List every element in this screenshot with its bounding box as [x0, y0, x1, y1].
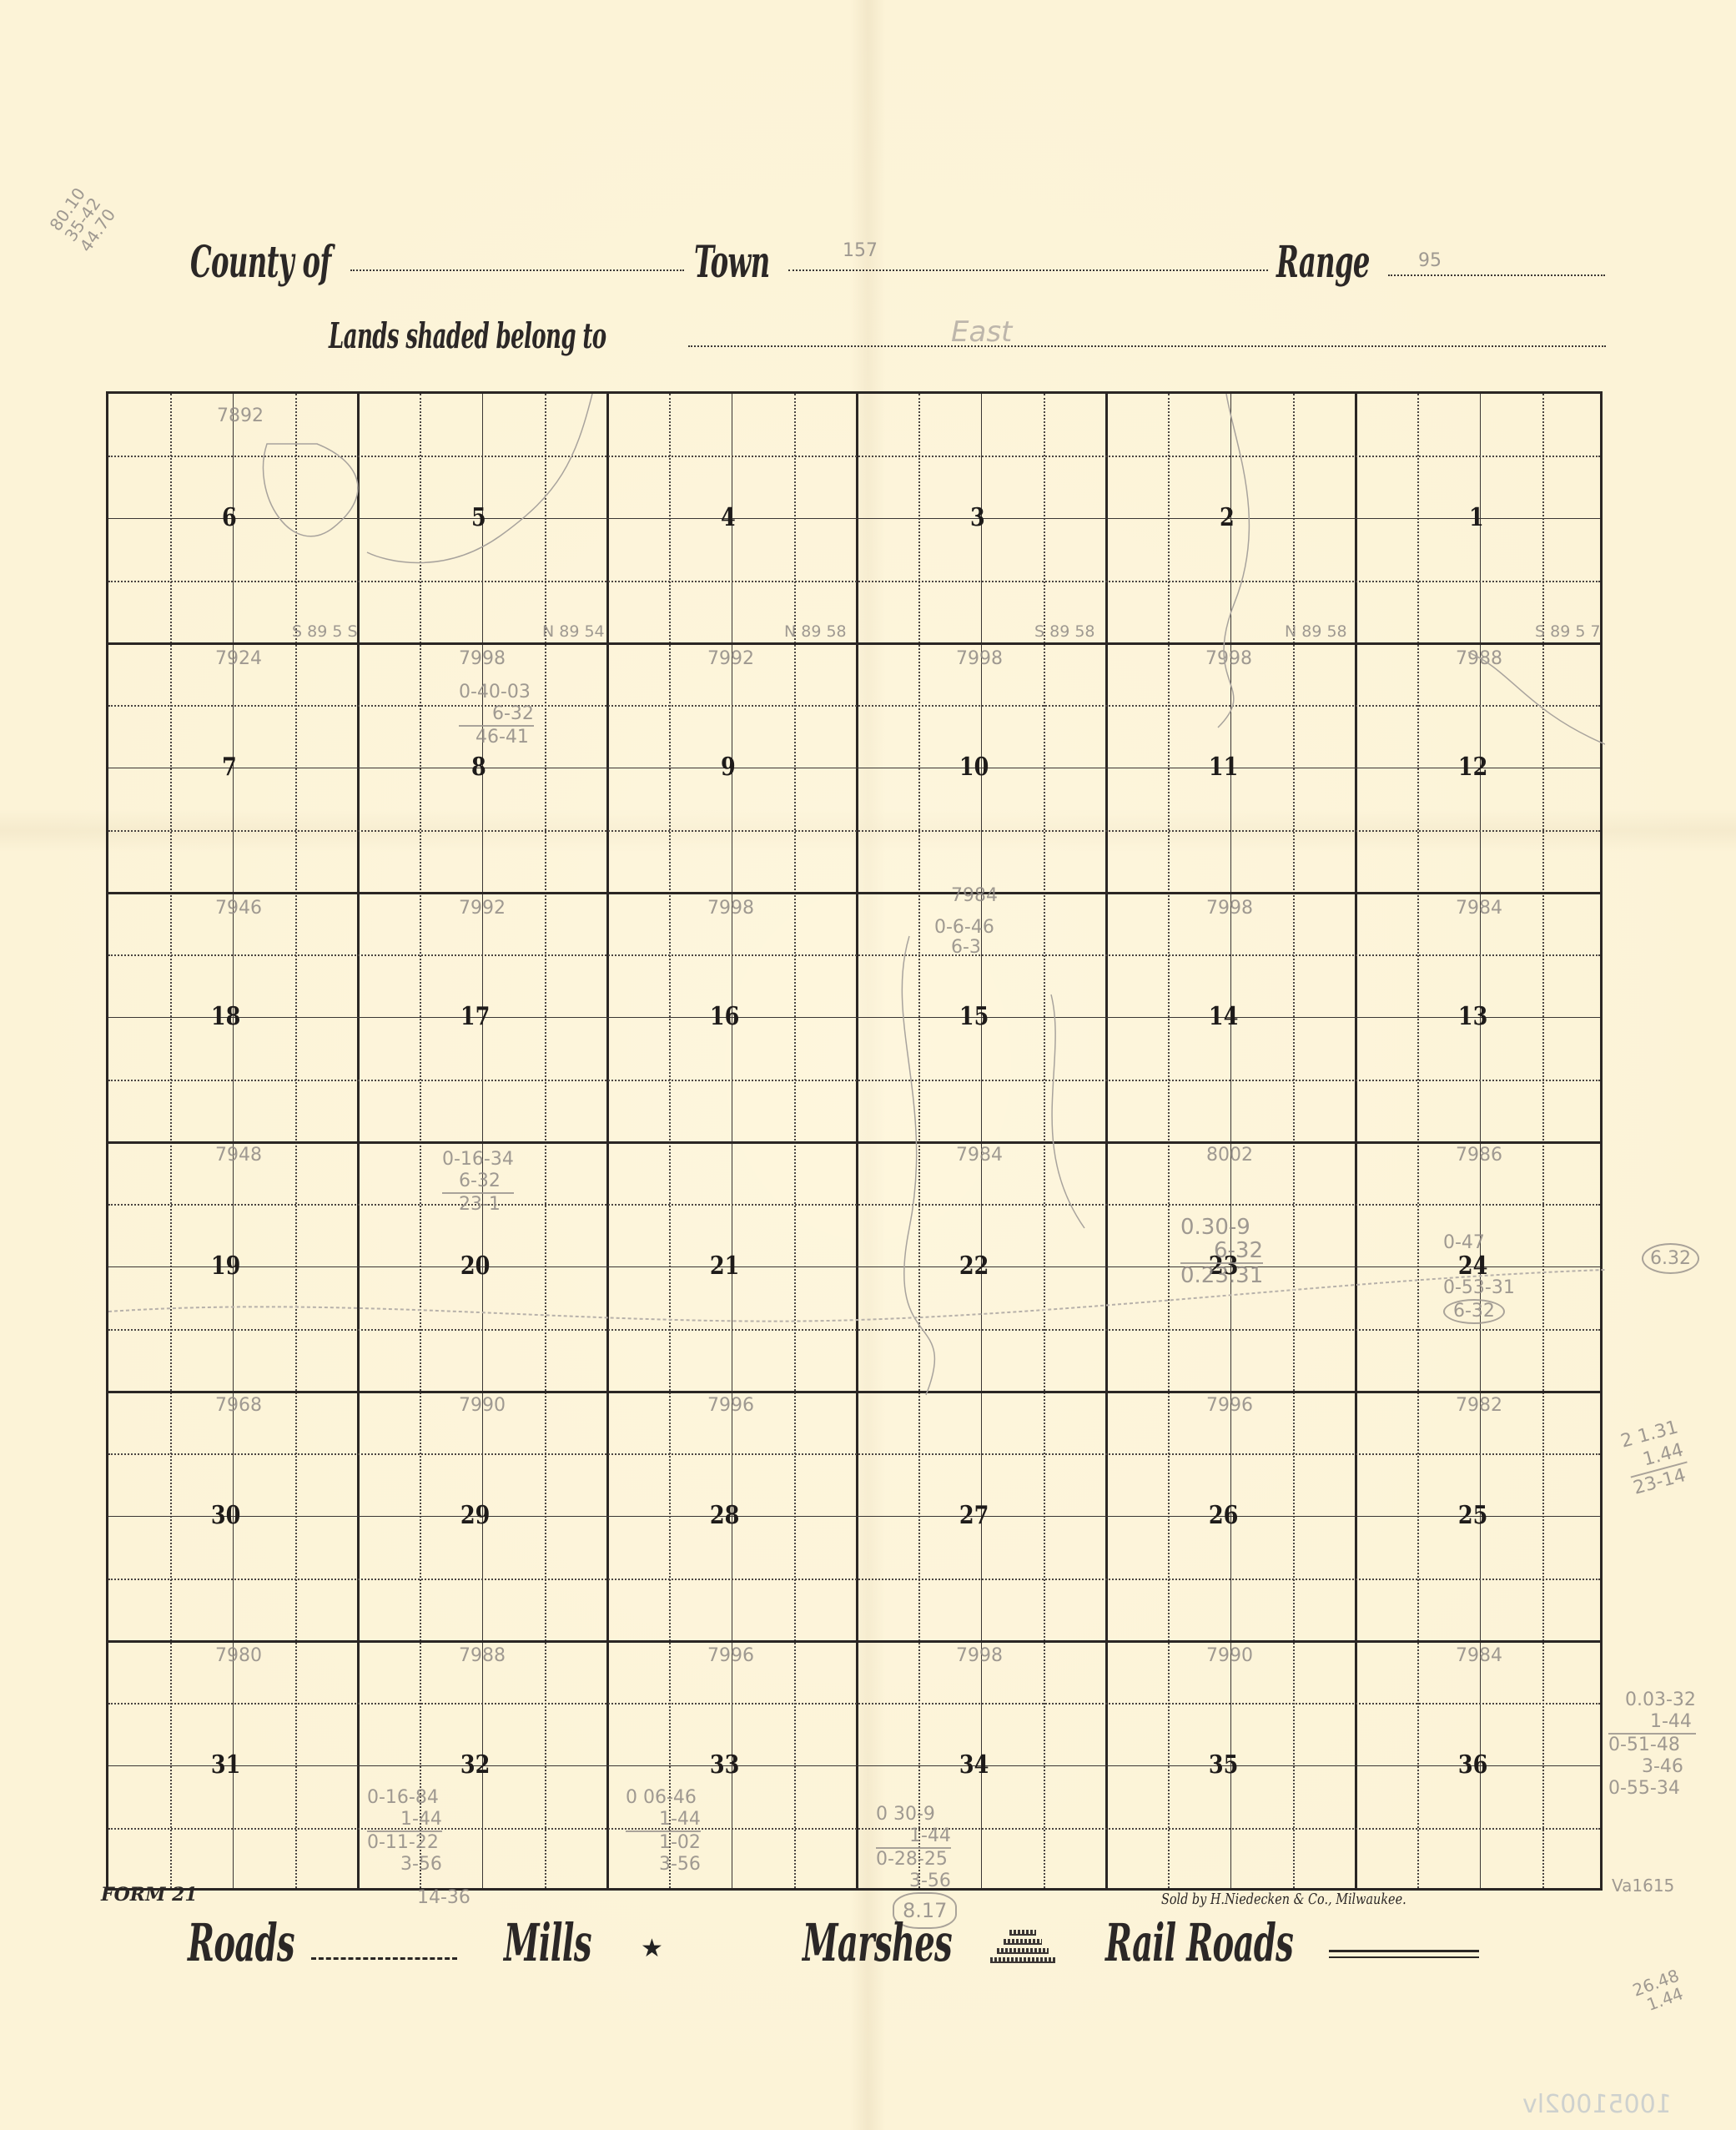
- note-bottom-right: 26.48 1.44: [1630, 1966, 1688, 2017]
- stream-sketch-icon: [108, 394, 1605, 1893]
- legend-marshes-label: Marshes: [803, 1912, 952, 1973]
- legend-railroads-label: Rail Roads: [1105, 1912, 1293, 1973]
- form-number: FORM 21: [101, 1884, 198, 1906]
- railroad-symbol-icon: [1329, 1950, 1479, 1958]
- range-label: Range: [1276, 237, 1370, 288]
- lands-shaded-value: East: [951, 315, 1012, 349]
- marsh-symbol-icon: [990, 1930, 1055, 1971]
- publisher-credit: Sold by H.Niedecken & Co., Milwaukee.: [1161, 1891, 1406, 1908]
- township-grid: 6 5 4 3 2 1 7 8 9 10 11 12 18 17 16 15 1…: [106, 391, 1603, 1891]
- note-right-ref: Va1615: [1612, 1876, 1674, 1896]
- bleed-through-id: 10051002lv: [1522, 2090, 1672, 2119]
- note-right-margin-upper: 2 1.31 1.44 23-14: [1618, 1416, 1693, 1500]
- mills-star-icon: ★: [641, 1934, 663, 1963]
- county-field[interactable]: [350, 269, 684, 271]
- town-field[interactable]: [788, 269, 1268, 271]
- note-right-margin-lower: 0.03-32 1-44 0-51-48 3-46 0-55-34: [1608, 1689, 1696, 1800]
- roads-symbol-icon: [311, 1957, 457, 1960]
- legend-roads-label: Roads: [188, 1912, 294, 1973]
- range-value: 95: [1418, 250, 1442, 271]
- town-label: Town: [694, 237, 770, 288]
- note-right-circled: 6.32: [1642, 1243, 1699, 1274]
- county-label: County of: [190, 237, 331, 288]
- note-below-grid-left: 14-36: [417, 1887, 470, 1908]
- town-value: 157: [843, 240, 878, 261]
- lands-shaded-field[interactable]: [688, 345, 1606, 347]
- legend-mills-label: Mills: [504, 1912, 591, 1973]
- lands-shaded-label: Lands shaded belong to: [329, 315, 606, 356]
- margin-note-top-left: 80.10 35-42 44.70: [46, 184, 118, 254]
- range-field[interactable]: [1388, 274, 1605, 276]
